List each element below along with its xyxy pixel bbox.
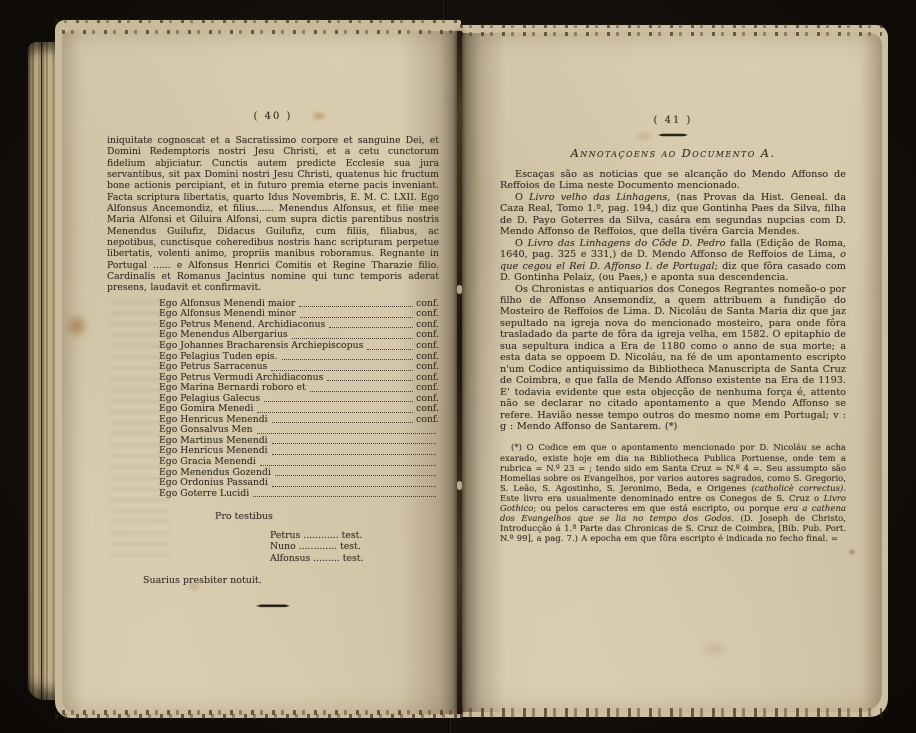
signatory-row: Ego Gracia Menendi xyxy=(159,457,439,468)
paragraph: Os Chronistas e antiquarios dos Conegos … xyxy=(500,284,846,433)
annotation-paragraphs: Escaças são as noticias que se alcanção … xyxy=(500,169,846,432)
dotted-leader xyxy=(272,443,436,444)
dotted-leader xyxy=(329,327,413,328)
dotted-leader xyxy=(275,475,436,476)
footnote: (*) O Codice em que o apontamento mencio… xyxy=(500,443,846,544)
signatory-name: Ego Johannes Bracharensis Archiepiscopus xyxy=(159,341,363,352)
text-segment: O xyxy=(515,238,528,249)
left-page-content: ( 40 ) iniquitate cognoscat et a Sacrati… xyxy=(107,111,439,608)
deckle-edge xyxy=(460,713,888,718)
text-segment: Escaças são as noticias que se alcanção … xyxy=(500,169,846,191)
dotted-leader xyxy=(253,496,436,497)
dotted-leader xyxy=(257,412,413,413)
annotations-title: Annotaçoens ao Documento A. xyxy=(500,146,846,160)
paragraph: O Livro velho das Linhagens, (nas Provas… xyxy=(500,192,846,238)
deckle-edge xyxy=(460,708,882,713)
text-segment: Os Chronistas e antiquarios dos Conegos … xyxy=(500,284,846,432)
witness-row: Alfonsus ......... test. xyxy=(270,553,439,564)
text-segment: Livro velho das Linhagens xyxy=(529,192,667,203)
dotted-leader xyxy=(310,391,413,392)
dotted-leader xyxy=(292,338,413,339)
dotted-leader xyxy=(282,359,414,360)
dotted-leader xyxy=(327,380,413,381)
notary-line: Suarius presbiter notuit. xyxy=(143,575,439,586)
dotted-leader xyxy=(272,454,436,455)
paragraph: Escaças são as noticias que se alcanção … xyxy=(500,169,846,192)
deckle-edge xyxy=(62,30,460,34)
dotted-leader xyxy=(257,433,436,434)
dotted-leader xyxy=(260,465,436,466)
signatory-row: Ego Johannes Bracharensis Archiepiscopus… xyxy=(159,341,439,352)
dotted-leader xyxy=(367,349,413,350)
left-page: ( 40 ) iniquitate cognoscat et a Sacrati… xyxy=(62,31,460,714)
text-segment: ; ou pelos caracteres em que está escrip… xyxy=(533,504,783,514)
signatory-conf: conf. xyxy=(416,415,439,426)
deckle-edge xyxy=(460,32,882,36)
text-segment: (catholicè correctus) xyxy=(751,484,843,494)
witness-list: Petrus ............ test.Nuno ..........… xyxy=(270,530,439,564)
signatory-name: Ego Gracia Menendi xyxy=(159,457,256,468)
pro-testibus-label: Pro testibus xyxy=(215,511,439,522)
latin-charter-paragraph: iniquitate cognoscat et a Sacratissimo c… xyxy=(107,135,439,294)
dotted-leader xyxy=(299,306,413,307)
right-page-content: ( 41 ) Annotaçoens ao Documento A. Escaç… xyxy=(500,115,846,544)
dotted-leader xyxy=(264,401,413,402)
dotted-leader xyxy=(272,486,436,487)
text-segment: O xyxy=(515,192,529,203)
deckle-edge xyxy=(460,24,888,28)
signatory-list: Ego Alfonsus Menendi maiorconf.Ego Alfon… xyxy=(107,299,439,499)
signatory-row: Ego Goterre Lucidi xyxy=(159,489,439,500)
deckle-edge xyxy=(55,19,461,23)
dotted-leader xyxy=(300,317,413,318)
text-segment: Livro das Linhagens do Cõde D. Pedro xyxy=(528,238,726,249)
right-page: ( 41 ) Annotaçoens ao Documento A. Escaç… xyxy=(460,33,882,712)
left-page-number: ( 40 ) xyxy=(107,111,439,122)
section-divider-rule xyxy=(256,604,290,608)
signatory-name: Ego Goterre Lucidi xyxy=(159,489,249,500)
book-photo-scene: ( 40 ) iniquitate cognoscat et a Sacrati… xyxy=(0,0,916,733)
header-divider-rule xyxy=(658,133,688,137)
binding-stitch xyxy=(457,285,462,294)
deckle-edge xyxy=(62,710,460,715)
witness-row: Nuno ............. test. xyxy=(270,541,439,552)
paragraph: O Livro das Linhagens do Cõde D. Pedro f… xyxy=(500,238,846,284)
dotted-leader xyxy=(272,422,413,423)
dotted-leader xyxy=(271,370,413,371)
binding-stitch xyxy=(457,481,462,490)
signatory-conf: conf. xyxy=(416,341,439,352)
witness-row: Petrus ............ test. xyxy=(270,530,439,541)
book-binding-gutter xyxy=(457,31,462,714)
right-page-number: ( 41 ) xyxy=(500,115,846,126)
